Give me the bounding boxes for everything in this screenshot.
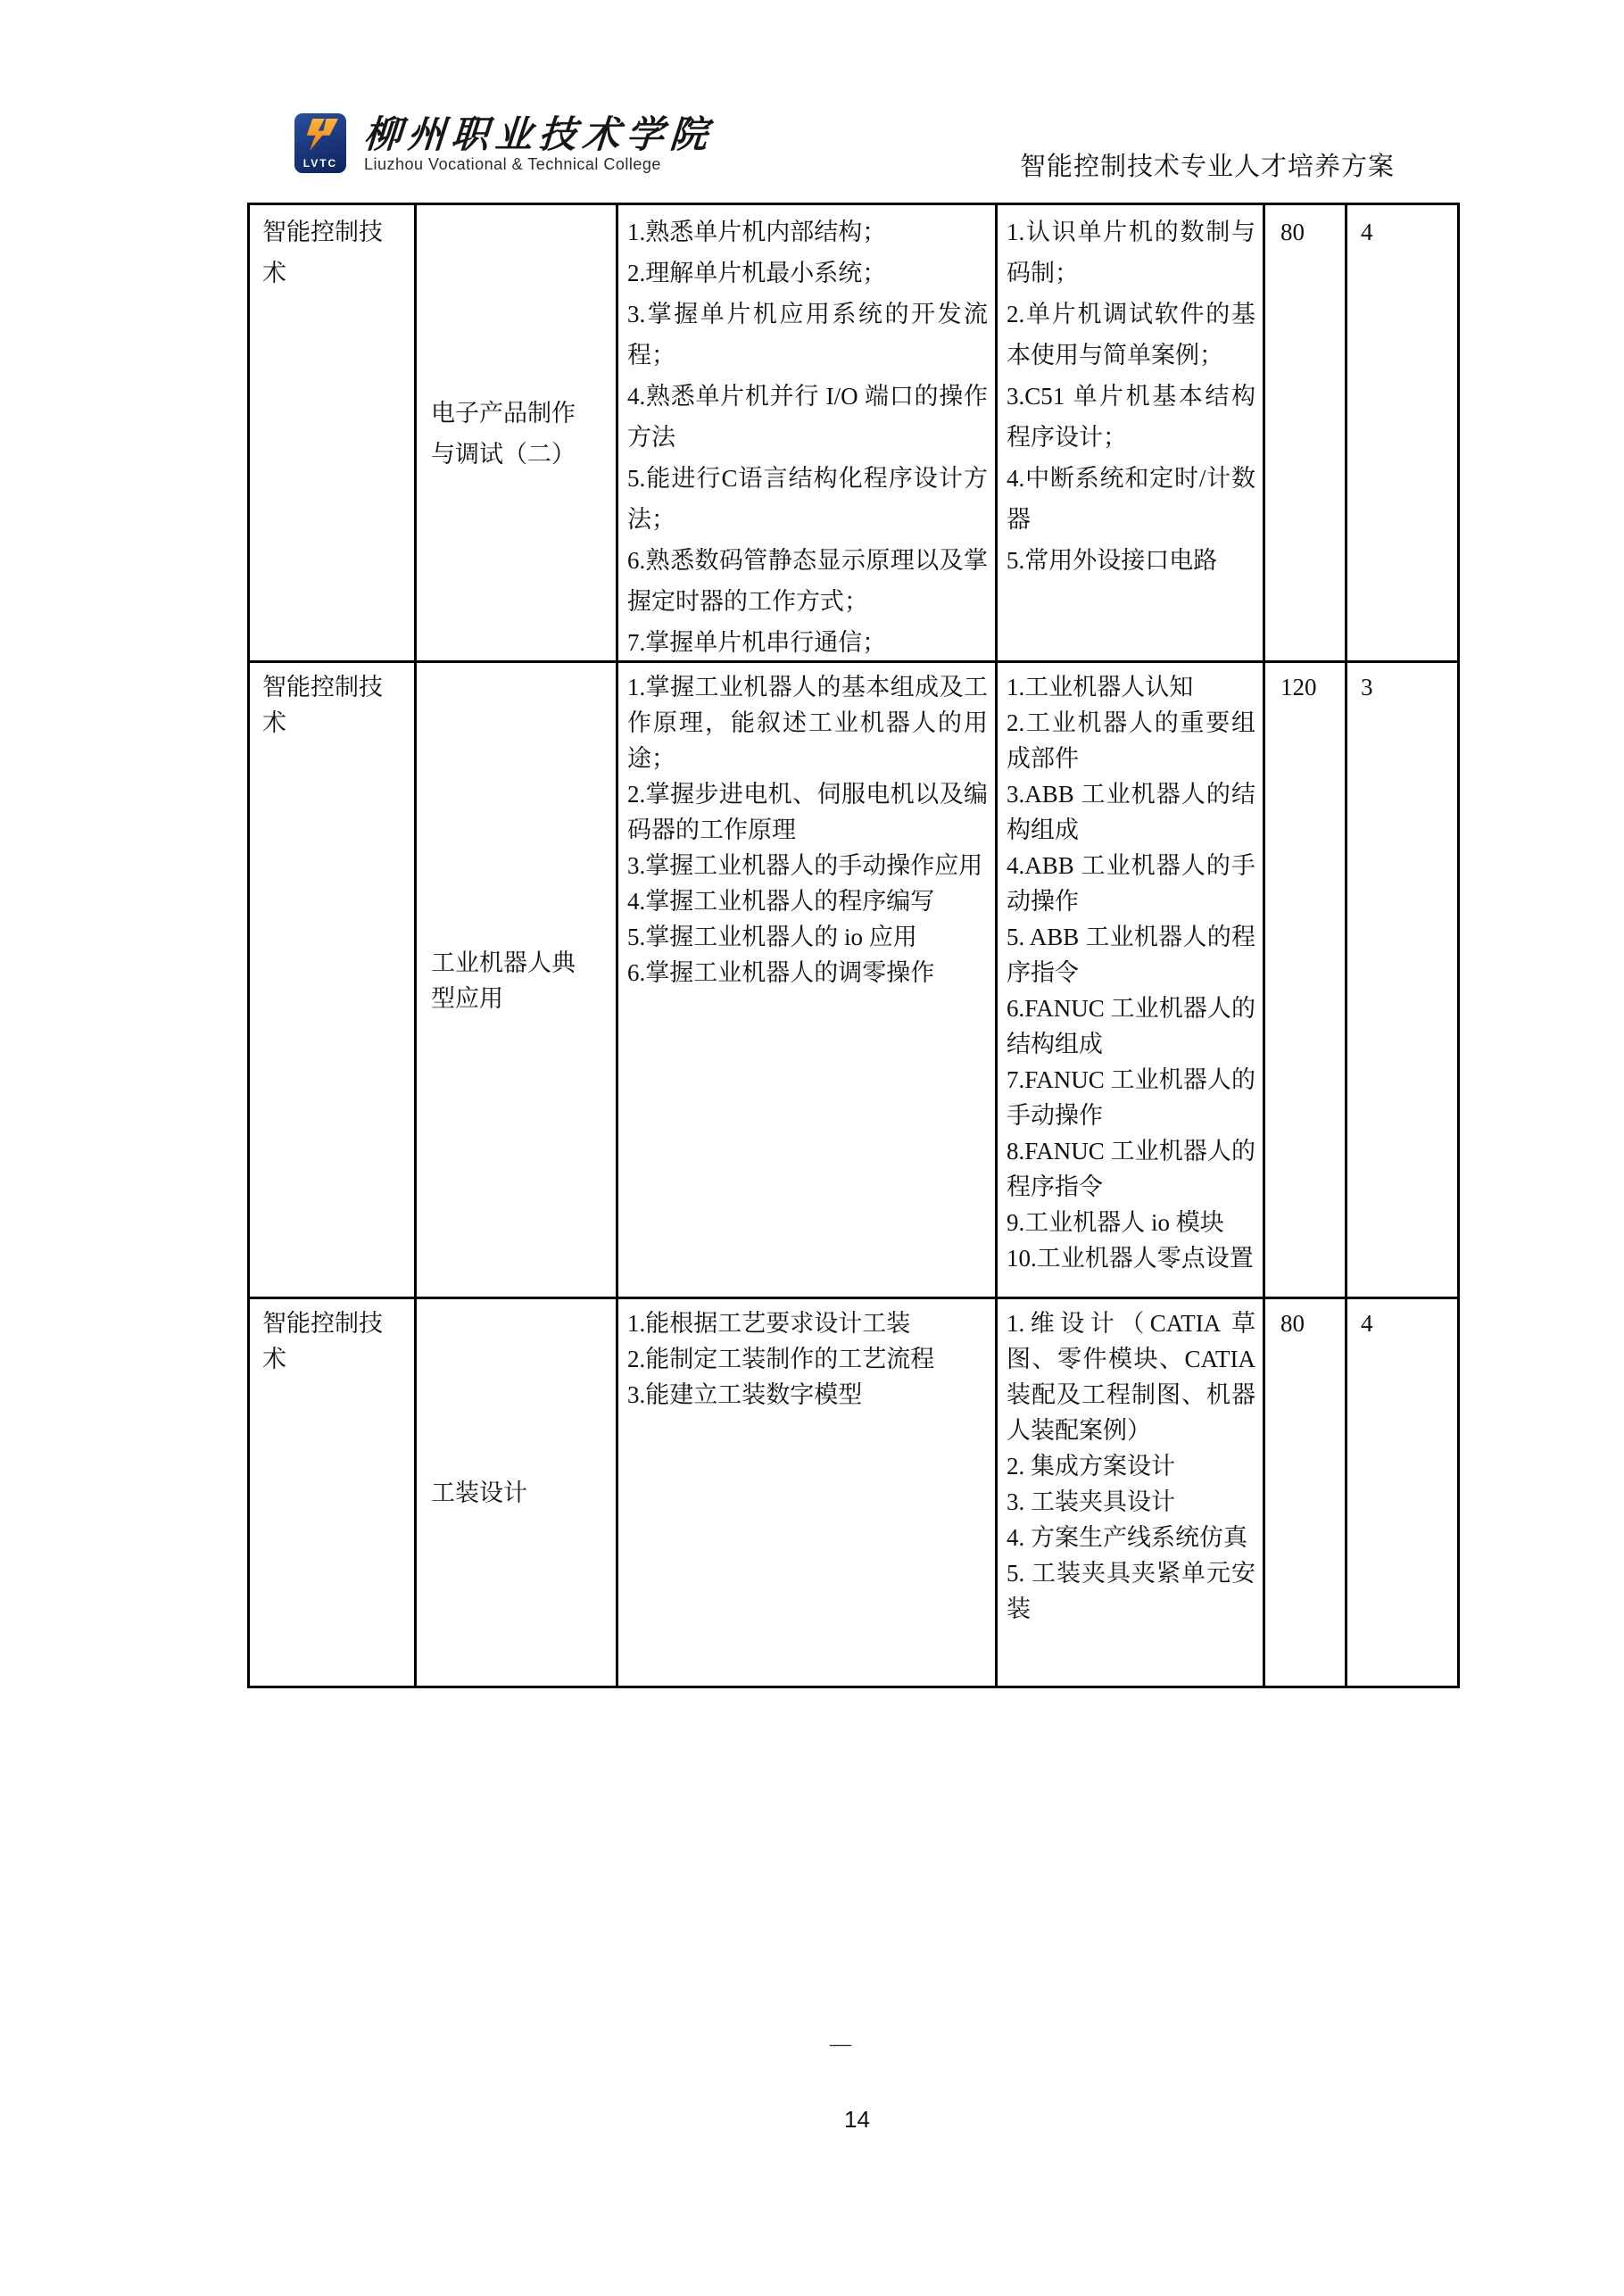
list-item: 1.熟悉单片机内部结构； <box>627 211 988 253</box>
credits-cell: 3 <box>1347 663 1457 1297</box>
list-item: 2. 集成方案设计 <box>1007 1448 1255 1484</box>
list-item: 2.单片机调试软件的基本使用与简单案例； <box>1007 294 1255 376</box>
course-name: 电子产品制作与调试（二） <box>431 393 591 475</box>
course-cell: 电子产品制作与调试（二） <box>417 205 618 660</box>
list-item: 1.掌握工业机器人的基本组成及工作原理，能叙述工业机器人的用途； <box>627 669 988 776</box>
course-name: 工业机器人典型应用 <box>431 945 591 1016</box>
list-item: 4.熟悉单片机并行 I/O 端口的操作方法 <box>627 376 988 458</box>
footnote-separator: — <box>830 2033 851 2057</box>
list-item: 7.FANUC 工业机器人的手动操作 <box>1007 1062 1255 1133</box>
hours-cell: 80 <box>1265 1299 1347 1686</box>
list-item: 6.掌握工业机器人的调零操作 <box>627 955 988 991</box>
list-item: 1.工业机器人认知 <box>1007 669 1255 705</box>
contents-cell: 1.工业机器人认知2.工业机器人的重要组成部件3.ABB 工业机器人的结构组成4… <box>998 663 1265 1297</box>
course-cell: 工业机器人典型应用 <box>417 663 618 1297</box>
objectives-cell: 1.掌握工业机器人的基本组成及工作原理，能叙述工业机器人的用途；2.掌握步进电机… <box>618 663 998 1297</box>
list-item: 3.ABB 工业机器人的结构组成 <box>1007 776 1255 848</box>
list-item: 4.掌握工业机器人的程序编写 <box>627 883 988 919</box>
list-item: 5. 工装夹具夹紧单元安装 <box>1007 1555 1255 1627</box>
list-item: 4.中断系统和定时/计数器 <box>1007 458 1255 540</box>
course-cell: 工装设计 <box>417 1299 618 1686</box>
hours-cell: 80 <box>1265 205 1347 660</box>
course-name: 工装设计 <box>431 1475 527 1511</box>
list-item: 7.掌握单片机串行通信； <box>627 622 988 660</box>
list-item: 6.熟悉数码管静态显示原理以及掌握定时器的工作方式； <box>627 540 988 622</box>
objectives-cell: 1.能根据工艺要求设计工装2.能制定工装制作的工艺流程3.能建立工装数字模型 <box>618 1299 998 1686</box>
credits-cell: 4 <box>1347 1299 1457 1686</box>
logo-acronym: LVTC <box>294 157 346 170</box>
list-item: 6.FANUC 工业机器人的结构组成 <box>1007 991 1255 1062</box>
list-item: 5.常用外设接口电路 <box>1007 540 1255 581</box>
document-title: 智能控制技术专业人才培养方案 <box>1020 146 1484 183</box>
objectives-cell: 1.熟悉单片机内部结构；2.理解单片机最小系统；3.掌握单片机应用系统的开发流程… <box>618 205 998 660</box>
document-page: LVTC 柳州职业技术学院 Liuzhou Vocational & Techn… <box>0 0 1624 2296</box>
list-item: 5. ABB 工业机器人的程序指令 <box>1007 919 1255 991</box>
list-item: 3.C51 单片机基本结构程序设计； <box>1007 376 1255 458</box>
list-item: 1.认识单片机的数制与码制； <box>1007 211 1255 294</box>
college-name-zh: 柳州职业技术学院 <box>362 105 866 159</box>
table-row: 智能控制技术 电子产品制作与调试（二） 1.熟悉单片机内部结构；2.理解单片机最… <box>250 205 1457 663</box>
list-item: 8.FANUC 工业机器人的程序指令 <box>1007 1133 1255 1205</box>
major-cell: 智能控制技术 <box>250 1299 417 1686</box>
list-item: 5.掌握工业机器人的 io 应用 <box>627 919 988 955</box>
list-item: 2.掌握步进电机、伺服电机以及编码器的工作原理 <box>627 776 988 848</box>
contents-cell: 1.维设计（CATIA 草图、零件模块、CATIA 装配及工程制图、机器人装配案… <box>998 1299 1265 1686</box>
major-cell: 智能控制技术 <box>250 663 417 1297</box>
list-item: 2.理解单片机最小系统； <box>627 253 988 294</box>
list-item: 4.ABB 工业机器人的手动操作 <box>1007 848 1255 919</box>
list-item: 2.能制定工装制作的工艺流程 <box>627 1341 988 1377</box>
lvtc-logo: LVTC <box>294 113 346 173</box>
list-item: 1.维设计（CATIA 草图、零件模块、CATIA 装配及工程制图、机器人装配案… <box>1007 1305 1255 1448</box>
hours-cell: 120 <box>1265 663 1347 1297</box>
list-item: 5.能进行C语言结构化程序设计方法； <box>627 458 988 540</box>
major-cell: 智能控制技术 <box>250 205 417 660</box>
table-row: 智能控制技术 工业机器人典型应用 1.掌握工业机器人的基本组成及工作原理，能叙述… <box>250 663 1457 1299</box>
lvtc-logo-bolt-icon <box>302 119 338 151</box>
list-item: 3.能建立工装数字模型 <box>627 1377 988 1413</box>
list-item: 2.工业机器人的重要组成部件 <box>1007 705 1255 776</box>
page-number: 14 <box>844 2106 870 2134</box>
list-item: 3.掌握工业机器人的手动操作应用 <box>627 848 988 883</box>
table-row: 智能控制技术 工装设计 1.能根据工艺要求设计工装2.能制定工装制作的工艺流程3… <box>250 1299 1457 1686</box>
credits-cell: 4 <box>1347 205 1457 660</box>
list-item: 10.工业机器人零点设置 <box>1007 1240 1255 1276</box>
college-name-en: Liuzhou Vocational & Technical College <box>364 155 864 174</box>
list-item: 3.掌握单片机应用系统的开发流程； <box>627 294 988 376</box>
course-table: 智能控制技术 电子产品制作与调试（二） 1.熟悉单片机内部结构；2.理解单片机最… <box>247 203 1460 1688</box>
contents-cell: 1.认识单片机的数制与码制；2.单片机调试软件的基本使用与简单案例；3.C51 … <box>998 205 1265 660</box>
list-item: 9.工业机器人 io 模块 <box>1007 1205 1255 1240</box>
list-item: 4. 方案生产线系统仿真 <box>1007 1520 1255 1555</box>
list-item: 3. 工装夹具设计 <box>1007 1484 1255 1520</box>
list-item: 1.能根据工艺要求设计工装 <box>627 1305 988 1341</box>
